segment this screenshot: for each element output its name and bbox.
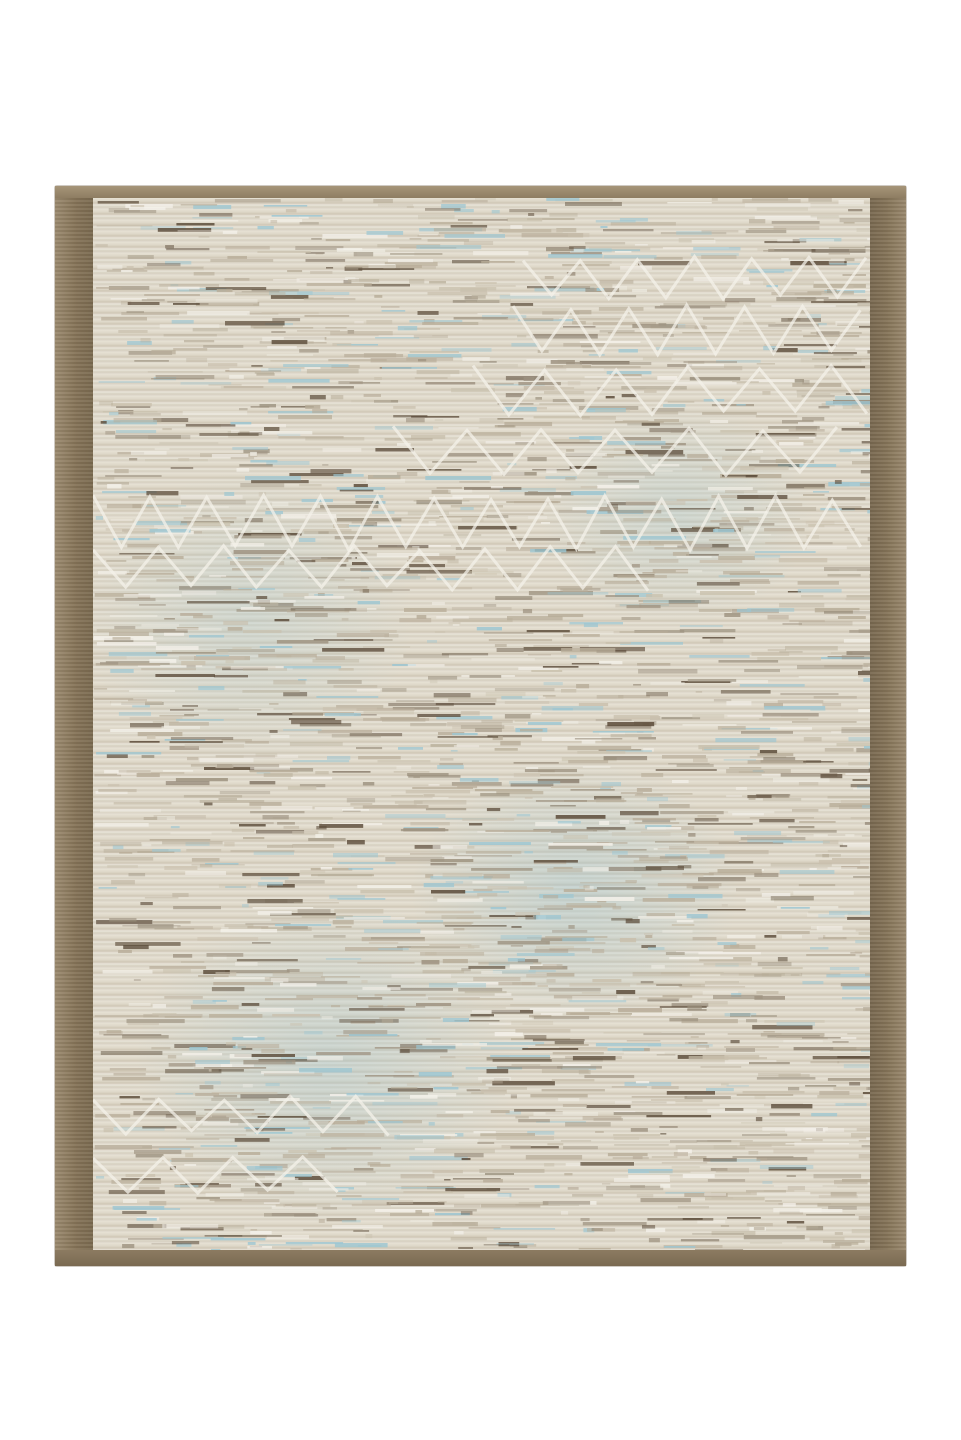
rug-border-bottom	[55, 1250, 906, 1266]
rug	[55, 186, 906, 1266]
rug-texture	[93, 198, 870, 1250]
rug-border-right	[870, 186, 906, 1266]
rug-border-top	[55, 186, 906, 198]
rug-border-left	[55, 186, 93, 1266]
rug-field	[93, 198, 870, 1250]
